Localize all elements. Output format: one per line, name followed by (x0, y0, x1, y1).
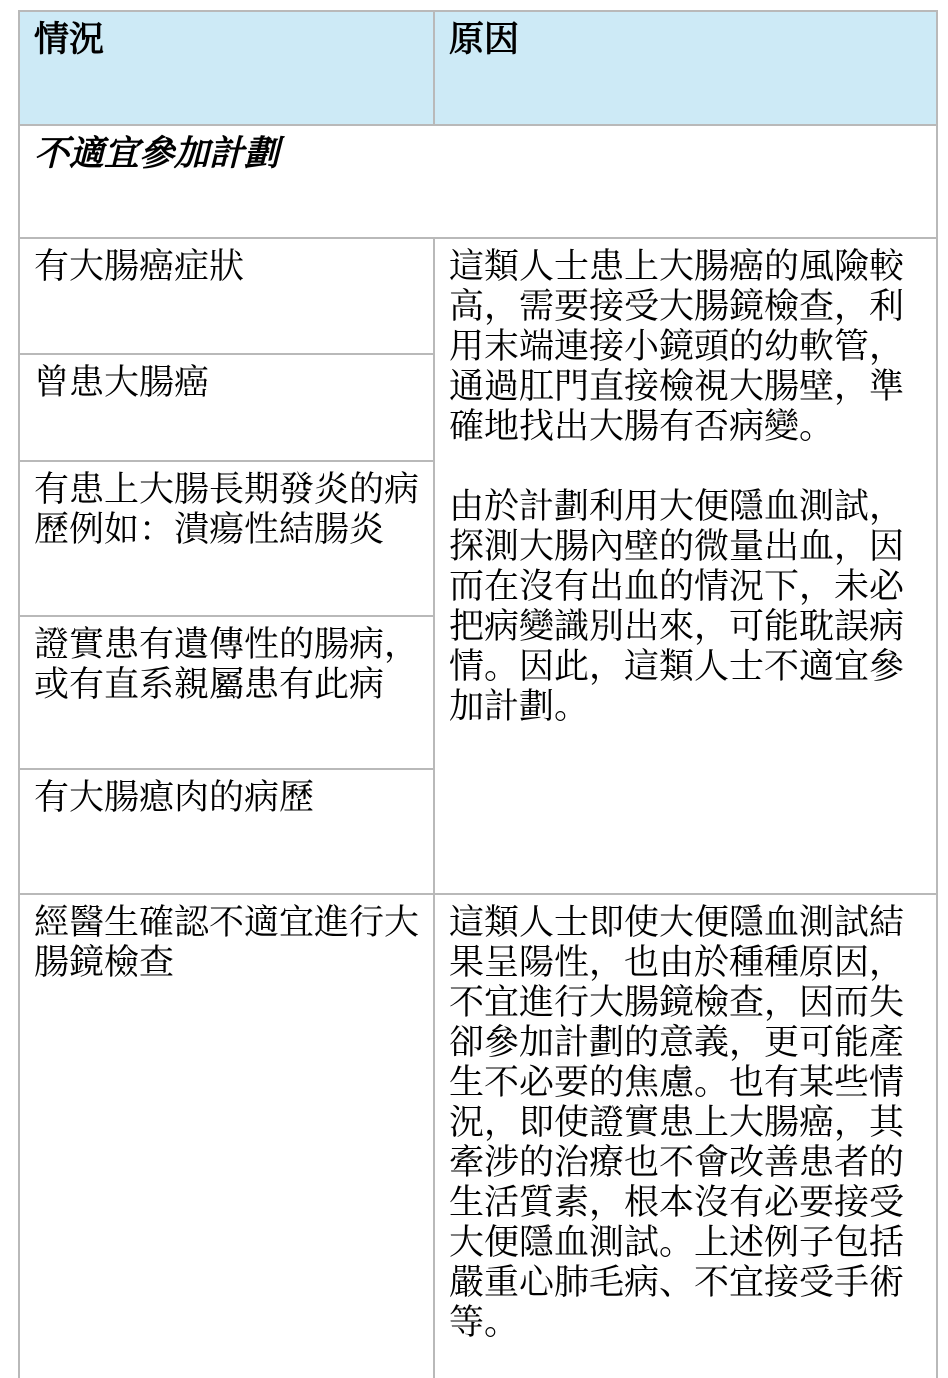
section-row: 不適宜參加計劃 (19, 125, 937, 238)
situation-cell-unfit-for-colonoscopy: 經醫生確認不適宜進行大腸鏡檢查 (19, 894, 434, 1378)
reason-paragraph-unfit: 這類人士即使大便隱血測試結果呈陽性，也由於種種原因，不宜進行大腸鏡檢查，因而失卻… (449, 903, 922, 1343)
situation-cell-previous-cancer: 曾患大腸癌 (19, 354, 434, 461)
table-row: 經醫生確認不適宜進行大腸鏡檢查 這類人士即使大便隱血測試結果呈陽性，也由於種種原… (19, 894, 937, 1378)
reason-cell-unfit: 這類人士即使大便隱血測試結果呈陽性，也由於種種原因，不宜進行大腸鏡檢查，因而失卻… (434, 894, 937, 1378)
column-header-reason: 原因 (434, 11, 937, 125)
section-title: 不適宜參加計劃 (19, 125, 937, 238)
situation-cell-hereditary-disease: 證實患有遺傳性的腸病，或有直系親屬患有此病 (19, 616, 434, 769)
situation-cell-symptoms: 有大腸癌症狀 (19, 238, 434, 354)
eligibility-table: 情況 原因 不適宜參加計劃 有大腸癌症狀 這類人士患上大腸癌的風險較高，需要接受… (18, 10, 938, 1378)
column-header-situation: 情況 (19, 11, 434, 125)
header-row: 情況 原因 (19, 11, 937, 125)
reason-cell-merged: 這類人士患上大腸癌的風險較高，需要接受大腸鏡檢查，利用末端連接小鏡頭的幼軟管，通… (434, 238, 937, 894)
reason-paragraph-colonoscopy: 這類人士患上大腸癌的風險較高，需要接受大腸鏡檢查，利用末端連接小鏡頭的幼軟管，通… (449, 247, 922, 447)
situation-cell-polyp-history: 有大腸瘜肉的病歷 (19, 769, 434, 894)
situation-cell-chronic-inflammation: 有患上大腸長期發炎的病歷例如：潰瘍性結腸炎 (19, 461, 434, 616)
table-row: 有大腸癌症狀 這類人士患上大腸癌的風險較高，需要接受大腸鏡檢查，利用末端連接小鏡… (19, 238, 937, 354)
page: { "colors": { "header_bg": "#cdeaf6", "b… (0, 0, 948, 1378)
reason-paragraph-fobt-limitation: 由於計劃利用大便隱血測試，探測大腸內壁的微量出血，因而在沒有出血的情況下，未必把… (449, 487, 922, 727)
